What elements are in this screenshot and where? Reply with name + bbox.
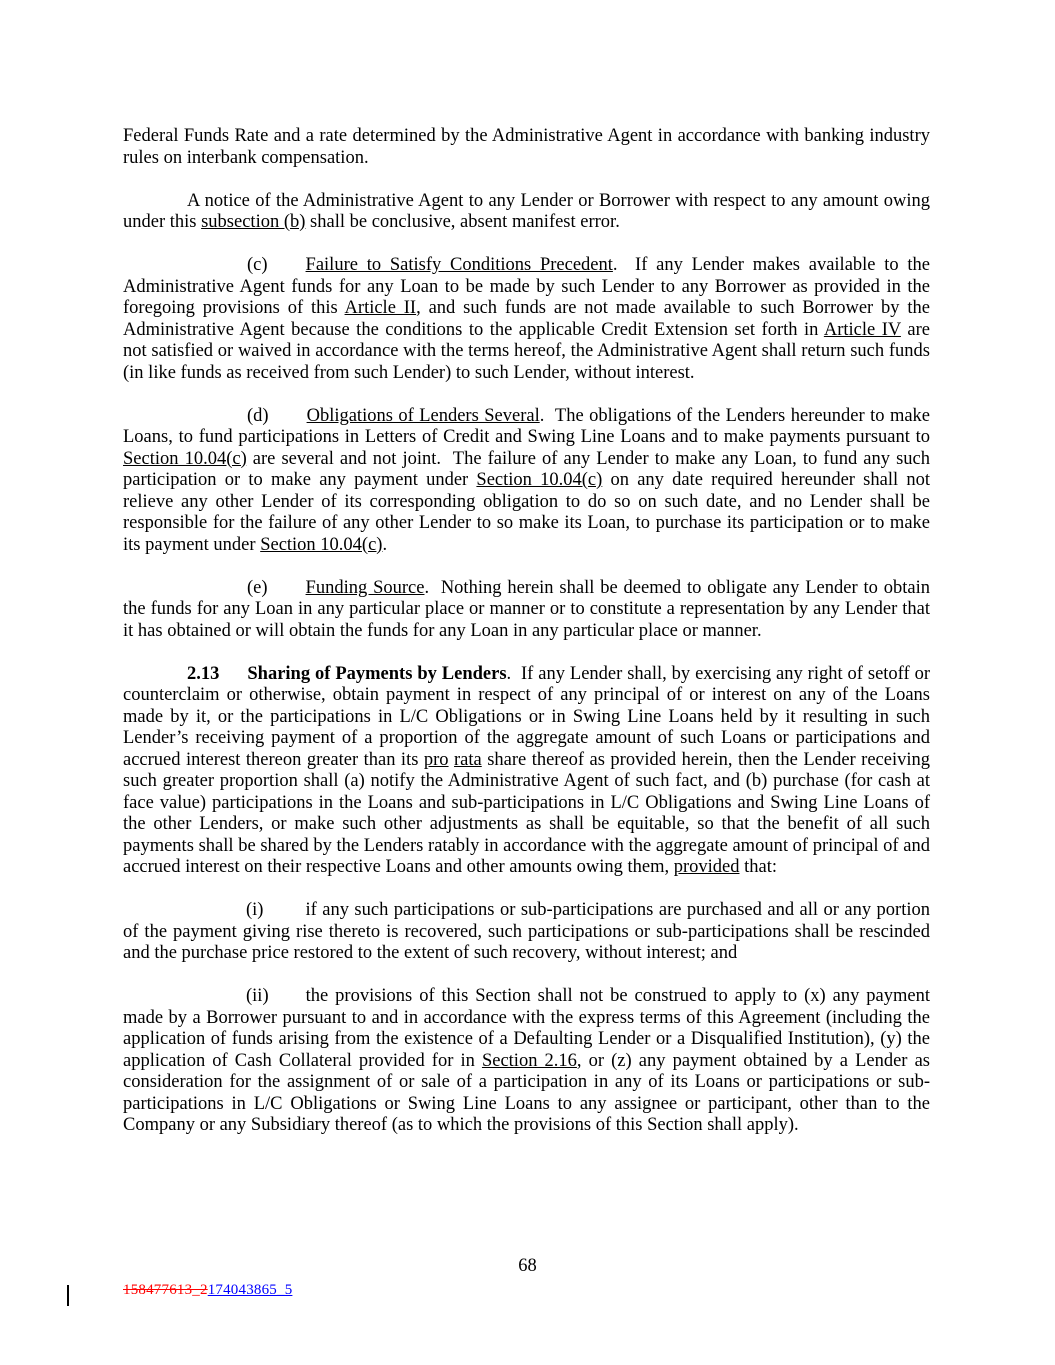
paragraph-federal-funds-rate: Federal Funds Rate and a rate determined… bbox=[123, 126, 930, 169]
text-segment: subsection (b) bbox=[201, 212, 305, 232]
text-segment: Article IV bbox=[824, 320, 901, 340]
text-segment: if any such participations or sub-partic… bbox=[123, 900, 930, 963]
paragraph-clause-e: (e)Funding Source. Nothing herein shall … bbox=[123, 578, 930, 643]
text-segment: shall be conclusive, absent manifest err… bbox=[305, 212, 619, 232]
text-segment: pro bbox=[424, 750, 449, 770]
text-segment: (d) bbox=[247, 406, 269, 426]
inserted-doc-id: 174043865_5 bbox=[208, 1282, 293, 1298]
text-segment: rata bbox=[454, 750, 482, 770]
document-body: Federal Funds Rate and a rate determined… bbox=[123, 126, 930, 1158]
text-segment: Federal Funds Rate and a rate determined… bbox=[123, 126, 930, 168]
page-number: 68 bbox=[0, 1256, 1055, 1277]
text-segment: Article II bbox=[345, 298, 417, 318]
change-bar bbox=[67, 1285, 69, 1306]
paragraph-notice: A notice of the Administrative Agent to … bbox=[123, 191, 930, 234]
text-segment: 2.13 bbox=[187, 664, 219, 684]
paragraph-proviso-ii: (ii)the provisions of this Section shall… bbox=[123, 986, 930, 1137]
text-segment: Failure to Satisfy Conditions Precedent bbox=[306, 255, 613, 275]
text-segment: Section 10.04(c) bbox=[260, 535, 382, 555]
text-segment: (ii) bbox=[246, 986, 269, 1006]
text-segment: Obligations of Lenders Several bbox=[307, 406, 540, 426]
text-segment: (e) bbox=[247, 578, 268, 598]
text-segment: Sharing of Payments by Lenders bbox=[247, 664, 506, 684]
text-segment: . bbox=[382, 535, 387, 555]
text-segment: (i) bbox=[246, 900, 263, 920]
text-segment: (c) bbox=[247, 255, 268, 275]
paragraph-clause-c: (c)Failure to Satisfy Conditions Precede… bbox=[123, 255, 930, 384]
text-segment: Section 10.04(c) bbox=[123, 449, 247, 469]
deleted-doc-id: 158477613_2 bbox=[123, 1282, 208, 1298]
text-segment: Section 2.16 bbox=[482, 1051, 577, 1071]
paragraph-section-2-13: 2.13Sharing of Payments by Lenders. If a… bbox=[123, 664, 930, 879]
paragraph-proviso-i: (i)if any such participations or sub-par… bbox=[123, 900, 930, 965]
footer-doc-id: 158477613_2174043865_5 bbox=[123, 1282, 292, 1299]
text-segment: that: bbox=[739, 857, 777, 877]
text-segment: . Nothing herein shall be deemed to obli… bbox=[123, 578, 930, 641]
text-segment: Funding Source bbox=[306, 578, 425, 598]
text-segment: Section 10.04(c) bbox=[476, 470, 602, 490]
text-segment: provided bbox=[674, 857, 740, 877]
paragraph-clause-d: (d)Obligations of Lenders Several. The o… bbox=[123, 406, 930, 557]
